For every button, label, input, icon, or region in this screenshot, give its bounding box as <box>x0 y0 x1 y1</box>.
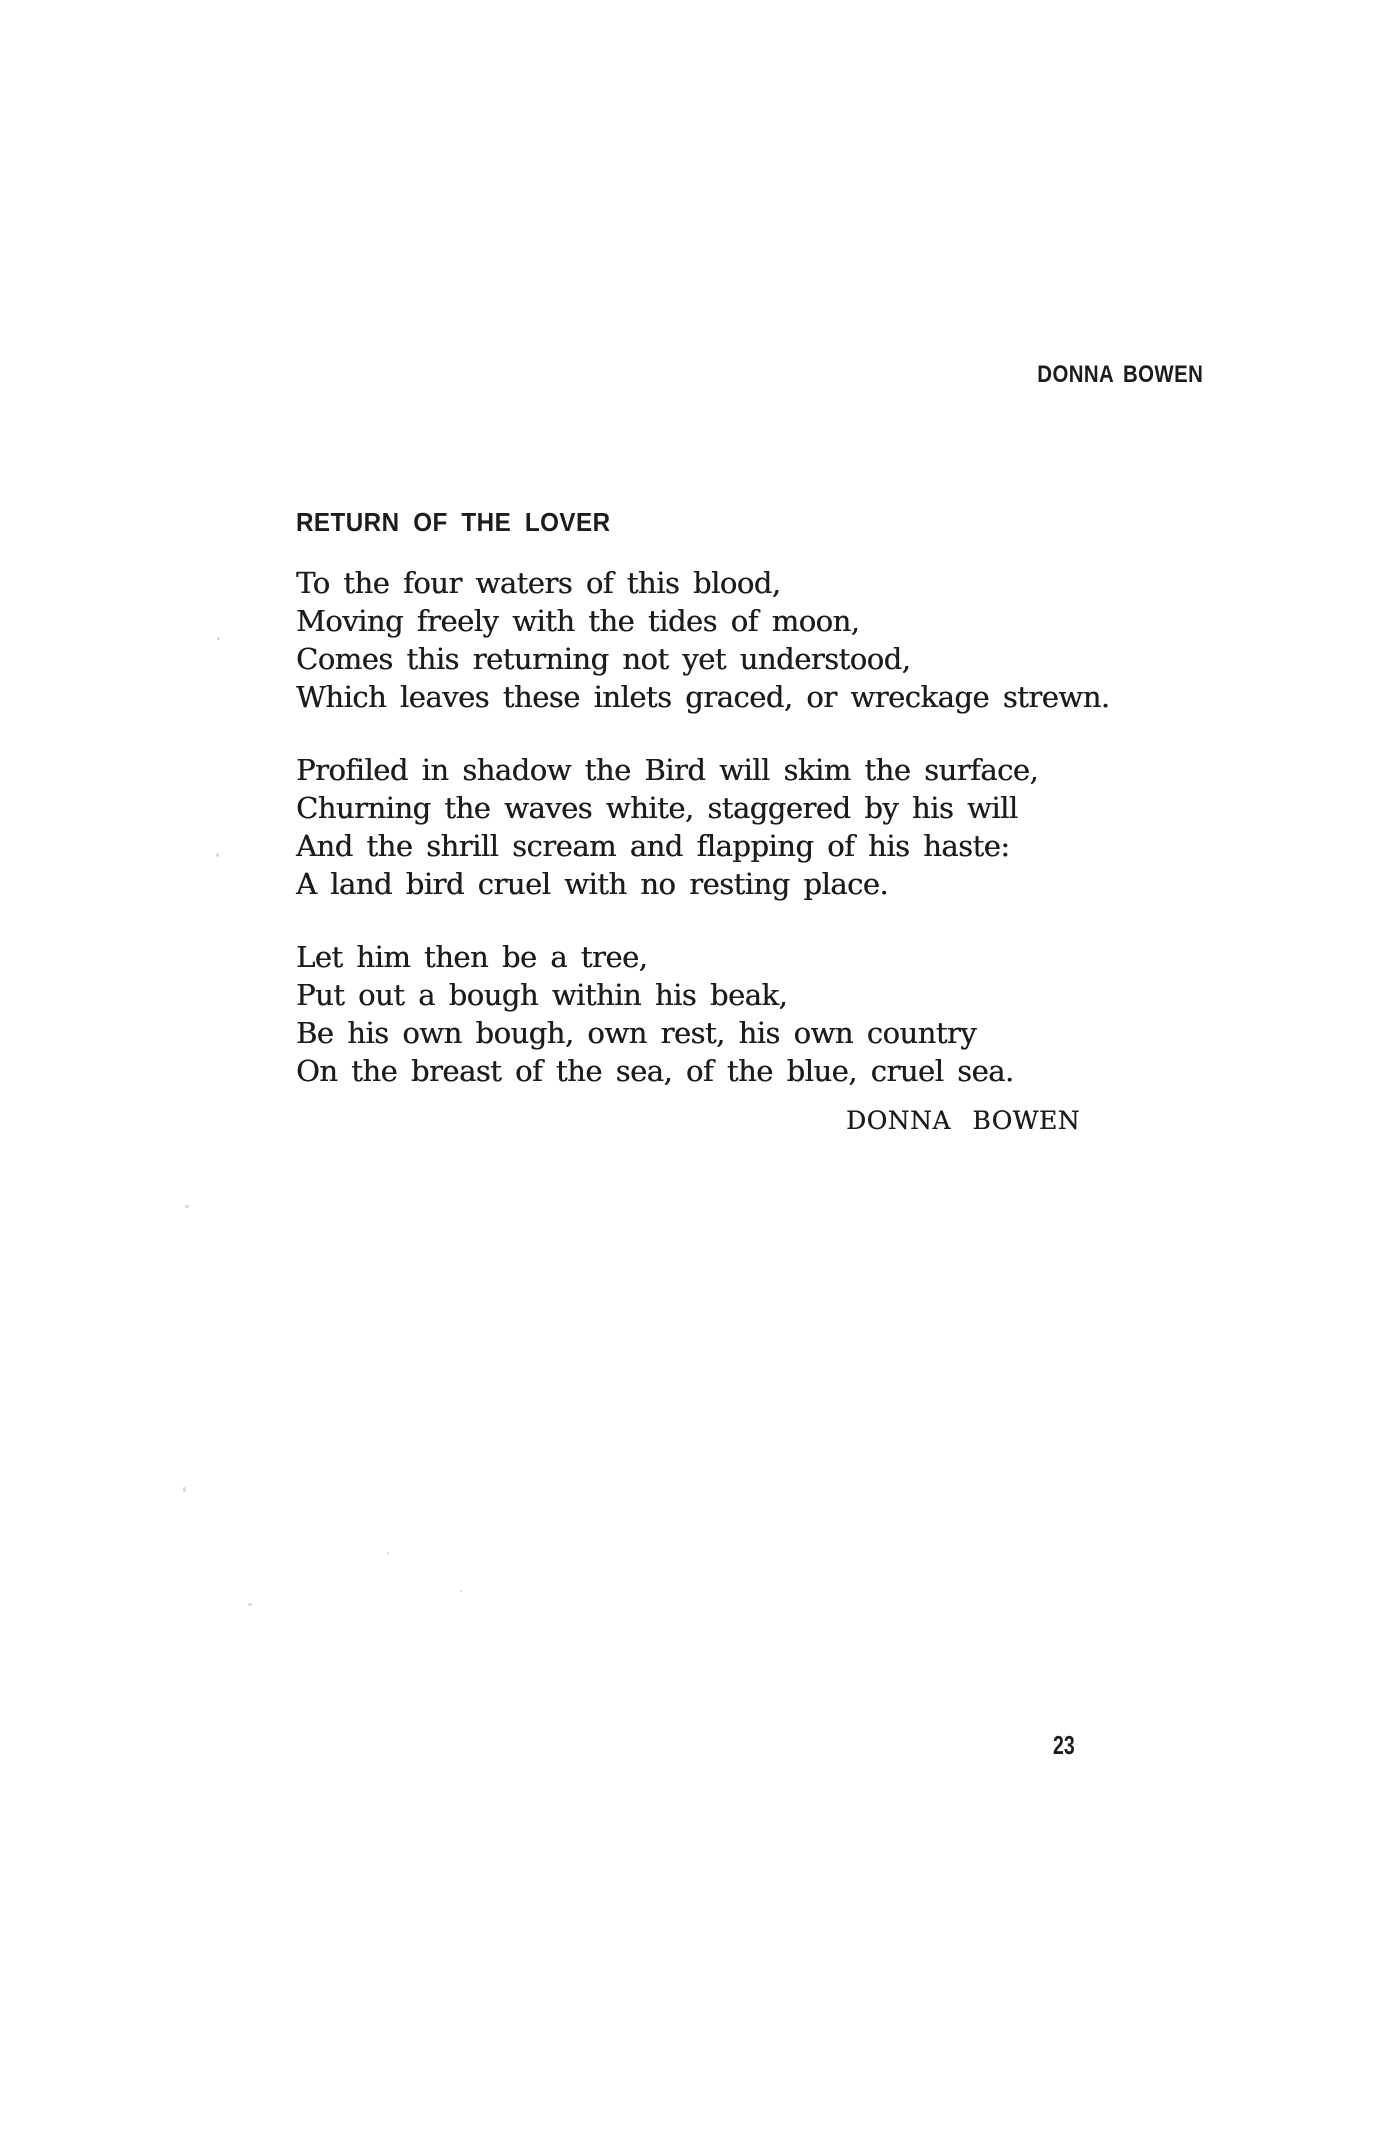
scan-speck <box>460 1590 462 1592</box>
poem-stanza-2: Profiled in shadow the Bird will skim th… <box>296 751 1110 903</box>
page-header-author: DONNA BOWEN <box>1037 363 1203 387</box>
poem-line: And the shrill scream and flapping of hi… <box>296 827 1110 865</box>
poem-line: On the breast of the sea, of the blue, c… <box>296 1052 1110 1090</box>
poem-line: Let him then be a tree, <box>296 938 1110 976</box>
poem-line: Profiled in shadow the Bird will skim th… <box>296 751 1110 789</box>
poem-attribution-author: DONNA BOWEN <box>846 1108 1080 1133</box>
scan-speck <box>183 1487 186 1492</box>
poem-line: Put out a bough within his beak, <box>296 976 1110 1014</box>
scan-speck <box>217 637 220 640</box>
poem-line: To the four waters of this blood, <box>296 564 1110 602</box>
scan-speck <box>185 1205 189 1208</box>
poem-line: Churning the waves white, staggered by h… <box>296 789 1110 827</box>
scanned-page: DONNA BOWEN RETURN OF THE LOVER To the f… <box>0 0 1400 2154</box>
poem-line: Which leaves these inlets graced, or wre… <box>296 678 1110 716</box>
poem-stanza-3: Let him then be a tree, Put out a bough … <box>296 938 1110 1090</box>
page-number: 23 <box>1053 1732 1075 1758</box>
poem-line: Moving freely with the tides of moon, <box>296 602 1110 640</box>
scan-speck <box>216 853 219 857</box>
scan-speck <box>248 1603 252 1606</box>
poem-body: To the four waters of this blood, Moving… <box>296 564 1110 1090</box>
poem-line: Comes this returning not yet understood, <box>296 640 1110 678</box>
poem-line: A land bird cruel with no resting place. <box>296 865 1110 903</box>
poem-title: RETURN OF THE LOVER <box>296 509 610 535</box>
poem-stanza-1: To the four waters of this blood, Moving… <box>296 564 1110 716</box>
scan-speck <box>387 1552 389 1554</box>
poem-line: Be his own bough, own rest, his own coun… <box>296 1014 1110 1052</box>
